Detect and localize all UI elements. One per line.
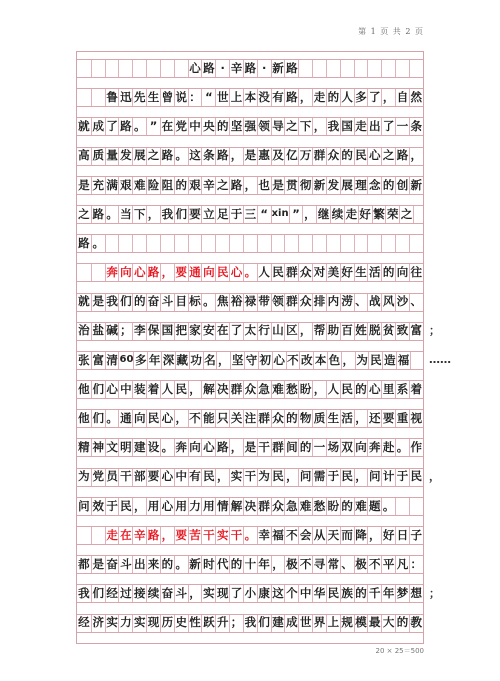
grid-cell: 斗 [174, 585, 188, 602]
grid-cell: 把 [174, 323, 188, 340]
grid-cell: ， [298, 323, 312, 340]
grid-cell [409, 498, 423, 515]
grid-cell: 路 [146, 527, 160, 544]
grid-cell: 脱 [367, 323, 381, 340]
grid-cell: 质 [312, 410, 326, 427]
grid-cell: 。 [243, 527, 257, 544]
grid-cell: 发 [326, 177, 340, 194]
grid-cell: ， [229, 148, 243, 165]
grid-cell: ， [341, 352, 355, 369]
grid-cell: 作 [409, 439, 423, 456]
grid-cell [77, 264, 91, 281]
grid-cell: 心 [229, 264, 243, 281]
grid-cell: 贫 [381, 323, 395, 340]
grid-cell: 族 [340, 585, 354, 602]
grid-cell: 要 [188, 206, 202, 223]
grid-cell: 、 [354, 294, 368, 311]
grid-cell: 现 [215, 585, 229, 602]
cell-strip: 治盐碱；李保国把家安在了太行山区，帮助百姓脱贫致富 [77, 322, 423, 341]
grid-cell: 辛 [132, 527, 146, 544]
grid-cell: 精 [77, 439, 91, 456]
grid-cell [91, 527, 105, 544]
grid-cell [118, 60, 132, 77]
grid-cell: ， [160, 264, 174, 281]
grid-cell: 路 [215, 148, 229, 165]
grid-cell: 代 [215, 556, 229, 573]
grid-cell: 要 [174, 264, 188, 281]
grid-cell: 中 [118, 381, 132, 398]
grid-cell: 奔 [367, 439, 381, 456]
grid-cell: 我 [105, 294, 119, 311]
grid-cell [91, 264, 105, 281]
grid-cell: 用 [201, 498, 215, 515]
grid-cell [409, 60, 423, 77]
grid-cell: 了 [105, 118, 119, 135]
grid-cell: 条 [409, 118, 423, 135]
grid-cell: 物 [298, 410, 312, 427]
grid-cell: 天 [326, 527, 340, 544]
grid-cell: 鲁 [105, 89, 119, 106]
text-row: 精神文明建设。奔向心路，是干群间的一场双向奔赴。作 [77, 438, 423, 467]
text-row: 是充满艰难险阻的艰辛之路，也是贯彻新发展理念的创新 [77, 176, 423, 205]
grid-cell: 创 [395, 177, 409, 194]
grid-cell [132, 235, 146, 252]
grid-cell [395, 235, 409, 252]
grid-cell: 群 [271, 439, 285, 456]
grid-cell: 国 [160, 323, 174, 340]
grid-cell: 民 [354, 148, 368, 165]
grid-cell: 干 [118, 469, 132, 486]
grid-cell: 山 [271, 323, 285, 340]
grid-cell: 世 [215, 89, 229, 106]
grid-cell: 都 [77, 556, 91, 573]
grid-cell: 展 [132, 148, 146, 165]
grid-cell: 民 [174, 381, 188, 398]
grid-cell: 寻 [312, 556, 326, 573]
grid-cell: 高 [77, 148, 91, 165]
grid-cell: 众 [298, 294, 312, 311]
grid-cell [410, 352, 424, 369]
grid-cell: 。 [201, 294, 215, 311]
margin-overflow-punctuation: ； [429, 322, 440, 339]
grid-cell: 治 [77, 323, 91, 340]
grid-cell: 通 [188, 264, 202, 281]
grid-cell: 文 [105, 439, 119, 456]
cell-strip: 走在辛路，要苦干实干。幸福不会从天而降，好日子 [77, 526, 423, 545]
grid-cell [91, 89, 105, 106]
grid-cell: 向 [188, 439, 202, 456]
grid-cell: 群 [257, 410, 271, 427]
cell-strip: 之路。当下，我们要立足于三“xin”，继续走好繁荣之 [77, 205, 423, 224]
grid-cell: 生 [146, 89, 160, 106]
grid-cell: 史 [174, 615, 188, 632]
grid-cell [132, 60, 146, 77]
grid-cell: 群 [229, 381, 243, 398]
grid-cell: 战 [367, 294, 381, 311]
grid-cell: 一 [312, 439, 326, 456]
grid-cell: 神 [91, 439, 105, 456]
grid-cell: 双 [340, 439, 354, 456]
grid-cell: 了 [367, 89, 381, 106]
grid-cell: 就 [77, 118, 91, 135]
title-char-cell: 路 [284, 60, 298, 77]
grid-cell: 们 [257, 615, 271, 632]
grid-cell: 中 [188, 118, 202, 135]
grid-cell: 常 [326, 556, 340, 573]
grid-cell: ： [409, 556, 423, 573]
grid-cell: 这 [271, 585, 285, 602]
grid-cell: 只 [215, 410, 229, 427]
grid-cell: 人 [257, 264, 271, 281]
grid-cell: 奋 [105, 556, 119, 573]
grid-cell: 。 [132, 118, 146, 135]
grid-cell: 的 [381, 177, 395, 194]
grid-cell: 要 [381, 410, 395, 427]
grid-cell: 干 [257, 439, 271, 456]
grid-cell: 目 [174, 294, 188, 311]
grid-cell: 极 [284, 556, 298, 573]
grid-cell: ， [298, 89, 312, 106]
grid-cell: 难 [132, 177, 146, 194]
grid-cell: ， [188, 585, 202, 602]
grid-cell: 实 [229, 469, 243, 486]
grid-cell: 。 [174, 148, 188, 165]
cell-strip: 是充满艰难险阻的艰辛之路，也是贯彻新发展理念的创新 [77, 176, 423, 195]
grid-cell: 的 [340, 498, 354, 515]
grid-cell: 愁 [312, 498, 326, 515]
grid-cell: 心 [105, 381, 119, 398]
grid-cell: 展 [340, 177, 354, 194]
grid-cell: 往 [409, 264, 423, 281]
grid-cell: 险 [146, 177, 160, 194]
grid-cell: 要 [146, 469, 160, 486]
grid-cell: 个 [284, 585, 298, 602]
grid-cell [188, 235, 202, 252]
grid-cell: 大 [381, 615, 395, 632]
grid-cell: 继 [316, 206, 330, 223]
grid-cell: 的 [215, 118, 229, 135]
grid-cell [284, 235, 298, 252]
grid-cell: 碱 [105, 323, 119, 340]
grid-cell: 众 [271, 410, 285, 427]
grid-cell: 迅 [118, 89, 132, 106]
grid-cell: 之 [77, 206, 91, 223]
grid-cell: 年 [147, 352, 161, 369]
grid-cell: 奔 [105, 264, 119, 281]
grid-cell: 年 [381, 585, 395, 602]
grid-cell [118, 235, 132, 252]
grid-cell: 好 [358, 206, 372, 223]
grid-cell: 区 [284, 323, 298, 340]
text-row: 路。 [77, 234, 423, 263]
grid-cell: 就 [77, 294, 91, 311]
grid-cell: 的 [354, 585, 368, 602]
grid-cell: 太 [243, 323, 257, 340]
grid-cell: ， [367, 527, 381, 544]
grid-cell: 的 [298, 439, 312, 456]
title-char-cell: 新 [271, 60, 285, 77]
grid-cell: 也 [257, 177, 271, 194]
grid-cell: 向 [201, 264, 215, 281]
grid-cell: 生 [326, 410, 340, 427]
grid-cell: 着 [409, 381, 423, 398]
title-char-cell: 心 [188, 60, 202, 77]
grid-cell: 的 [395, 615, 409, 632]
grid-cell: 福 [271, 527, 285, 544]
grid-cell: 党 [174, 118, 188, 135]
grid-cell: 我 [160, 206, 174, 223]
grid-cell: ， [188, 381, 202, 398]
grid-cell: 彻 [298, 177, 312, 194]
grid-cell: 们 [91, 585, 105, 602]
grid-cell: 是 [77, 177, 91, 194]
grid-cell: 排 [312, 294, 326, 311]
grid-cell: 立 [201, 206, 215, 223]
cell-strip: 鲁迅先生曾说：“世上本没有路，走的人多了，自然 [77, 88, 423, 107]
grid-cell: 下 [132, 206, 146, 223]
grid-cell: 富 [409, 323, 423, 340]
grid-cell: 力 [118, 615, 132, 632]
grid-cell: 风 [381, 294, 395, 311]
grid-cell: 向 [118, 264, 132, 281]
grid-cell: ， [354, 469, 368, 486]
grid-cell: 。 [395, 439, 409, 456]
grid-cell: 路 [395, 148, 409, 165]
grid-cell: 于 [105, 498, 119, 515]
grid-cell: 好 [340, 264, 354, 281]
grid-cell: 本 [243, 89, 257, 106]
text-row: 高质量发展之路。这条路，是惠及亿万群众的民心之路， [77, 147, 423, 176]
grid-cell [340, 235, 354, 252]
grid-cell: 实 [201, 585, 215, 602]
grid-cell: 民 [409, 469, 423, 486]
grid-cell: 间 [284, 439, 298, 456]
grid-cell: 裕 [229, 294, 243, 311]
grid-cell: 上 [229, 89, 243, 106]
grid-cell: ， [284, 469, 298, 486]
grid-cell: 是 [91, 294, 105, 311]
grid-cell: 、 [409, 294, 423, 311]
grid-cell: 难 [298, 498, 312, 515]
grid-cell: 模 [354, 615, 368, 632]
grid-cell: 于 [229, 206, 243, 223]
grid-cell: 的 [340, 148, 354, 165]
grid-cell: 造 [382, 352, 396, 369]
cell-strip: 经济实力实现历史性跃升；我们建成世界上规模最大的教 [77, 614, 423, 633]
grid-cell: 年 [257, 556, 271, 573]
grid-cell: 想 [409, 585, 423, 602]
grid-cell: “ [257, 206, 271, 223]
grid-cell [413, 206, 427, 223]
grid-cell: 凡 [395, 556, 409, 573]
grid-cell: ， [146, 206, 160, 223]
grid-cell: 了 [381, 118, 395, 135]
grid-cell: 行 [257, 323, 271, 340]
grid-cell: 助 [326, 323, 340, 340]
grid-cell [409, 235, 423, 252]
grid-cell [77, 60, 91, 77]
grid-cell [243, 235, 257, 252]
grid-cell: 济 [91, 615, 105, 632]
grid-cell: 路 [91, 206, 105, 223]
grid-cell: ， [160, 527, 174, 544]
margin-overflow-punctuation: …… [429, 351, 451, 368]
grid-cell: 题 [367, 498, 381, 515]
grid-cell: 经 [77, 615, 91, 632]
grid-cell: 于 [395, 469, 409, 486]
grid-cell: 本 [313, 352, 327, 369]
grid-cell: 为 [355, 352, 369, 369]
grid-cell: 安 [201, 323, 215, 340]
grid-cell: 教 [409, 615, 423, 632]
grid-cell: 急 [257, 381, 271, 398]
title-char-cell: 路 [243, 60, 257, 77]
grid-cell: 之 [215, 177, 229, 194]
grid-cell: 降 [354, 527, 368, 544]
grid-cell: ， [243, 177, 257, 194]
grid-cell: 心 [160, 410, 174, 427]
grid-cell: 说 [174, 89, 188, 106]
grid-cell: ， [132, 498, 146, 515]
grid-cell: 是 [243, 439, 257, 456]
grid-cell: 盐 [91, 323, 105, 340]
grid-cell: 于 [326, 469, 340, 486]
grid-cell: 不 [286, 352, 300, 369]
grid-cell: 解 [201, 381, 215, 398]
grid-cell: 民 [368, 352, 382, 369]
grid-cell: ， [409, 148, 423, 165]
grid-cell: 出 [132, 556, 146, 573]
grid-cell: 充 [91, 177, 105, 194]
grid-cell: 要 [174, 527, 188, 544]
grid-cell: 向 [395, 264, 409, 281]
grid-cell: 阻 [160, 177, 174, 194]
grid-cell: 最 [367, 615, 381, 632]
grid-cell: 群 [284, 294, 298, 311]
grid-cell: 盼 [326, 498, 340, 515]
margin-overflow-punctuation: ； [429, 584, 440, 601]
grid-cell: 人 [326, 381, 340, 398]
grid-cell: 是 [91, 556, 105, 573]
grid-cell: 发 [118, 148, 132, 165]
grid-cell: 新 [188, 556, 202, 573]
grid-cell: 领 [271, 294, 285, 311]
grid-cell: 领 [257, 118, 271, 135]
grid-cell: 干 [229, 527, 243, 544]
text-row: 他们。通向民心，不能只关注群众的物质生活，还要重视 [77, 409, 423, 438]
grid-cell: 的 [284, 410, 298, 427]
cell-strip: 问效于民，用心用力用情解决群众急难愁盼的难题。 [77, 497, 423, 516]
grid-cell: 众 [243, 381, 257, 398]
grid-cell [146, 235, 160, 252]
text-row: 就是我们的奋斗目标。焦裕禄带领群众排内涝、战风沙、 [77, 293, 423, 322]
grid-cell [174, 235, 188, 252]
grid-cell [298, 235, 312, 252]
grid-cell: 在 [118, 527, 132, 544]
grid-cell: 从 [312, 527, 326, 544]
grid-cell: 的 [354, 381, 368, 398]
grid-cell: 民 [326, 585, 340, 602]
grid-cell: 对 [312, 264, 326, 281]
grid-cell: 60 [118, 352, 133, 369]
cell-strip: 我们经过接续奋斗，实现了小康这个中华民族的千年梦想 [77, 584, 423, 603]
grid-cell: 。 [243, 264, 257, 281]
grid-cell [105, 60, 119, 77]
grid-cell: 是 [243, 148, 257, 165]
title-char-cell: 路 [201, 60, 215, 77]
grid-cell: 福 [396, 352, 410, 369]
grid-cell: 续 [330, 206, 344, 223]
grid-cell: 中 [174, 469, 188, 486]
grid-cell: 们 [118, 294, 132, 311]
grid-cell: 功 [189, 352, 203, 369]
grid-cell: ” [146, 118, 160, 135]
grid-cell: 。 [160, 439, 174, 456]
text-row: 就成了路。”在党中央的坚强领导之下，我国走出了一条 [77, 117, 423, 146]
grid-cell: 。 [174, 556, 188, 573]
grid-cell: 民 [271, 264, 285, 281]
grid-cell: 会 [298, 527, 312, 544]
cell-strip: 都是奋斗出来的。新时代的十年，极不寻常、极不平凡： [77, 555, 423, 574]
grid-cell: 群 [257, 498, 271, 515]
grid-cell: 急 [284, 498, 298, 515]
grid-cell: 我 [326, 118, 340, 135]
grid-cell: 需 [312, 469, 326, 486]
grid-cell [367, 60, 381, 77]
grid-cell: ， [354, 410, 368, 427]
grid-cell: 人 [160, 381, 174, 398]
grid-cell: 场 [326, 439, 340, 456]
grid-cell: 斗 [118, 556, 132, 573]
grid-cell: 富 [91, 352, 105, 369]
text-row: 鲁迅先生曾说：“世上本没有路，走的人多了，自然 [77, 88, 423, 117]
grid-cell: 走 [344, 206, 358, 223]
grid-cell: 坚 [230, 352, 244, 369]
grid-cell: 跃 [201, 615, 215, 632]
grid-cell [354, 235, 368, 252]
grid-cell: 通 [118, 410, 132, 427]
title-char-cell: · [215, 60, 229, 77]
grid-cell: 万 [298, 148, 312, 165]
text-row: 都是奋斗出来的。新时代的十年，极不寻常、极不平凡： [77, 555, 423, 584]
grid-cell [160, 235, 174, 252]
grid-cell: “ [201, 89, 215, 106]
grid-cell: 路 [215, 439, 229, 456]
grid-cell: 内 [326, 294, 340, 311]
grid-cell: 下 [298, 118, 312, 135]
cell-strip: 他们。通向民心，不能只关注群众的物质生活，还要重视 [77, 409, 423, 428]
grid-cell: 带 [257, 294, 271, 311]
text-row: 为党员干部要心中有民，实干为民，问需于民，问计于民， [77, 468, 423, 497]
grid-cell: 百 [340, 323, 354, 340]
grid-cell: 有 [271, 89, 285, 106]
grid-cell: 赴 [381, 439, 395, 456]
grid-cell: 路 [229, 177, 243, 194]
grid-cell [340, 60, 354, 77]
grid-cell: 日 [395, 527, 409, 544]
grid-cell: 升 [215, 615, 229, 632]
grid-cell: 走 [105, 527, 119, 544]
grid-cell: 设 [146, 439, 160, 456]
grid-cell [367, 235, 381, 252]
grid-cell: 然 [409, 89, 423, 106]
grid-cell: 规 [340, 615, 354, 632]
grid-cell [354, 60, 368, 77]
grid-cell: 新 [312, 177, 326, 194]
grid-cell: 员 [105, 469, 119, 486]
grid-cell: 涝 [340, 294, 354, 311]
grid-cell: 了 [229, 323, 243, 340]
